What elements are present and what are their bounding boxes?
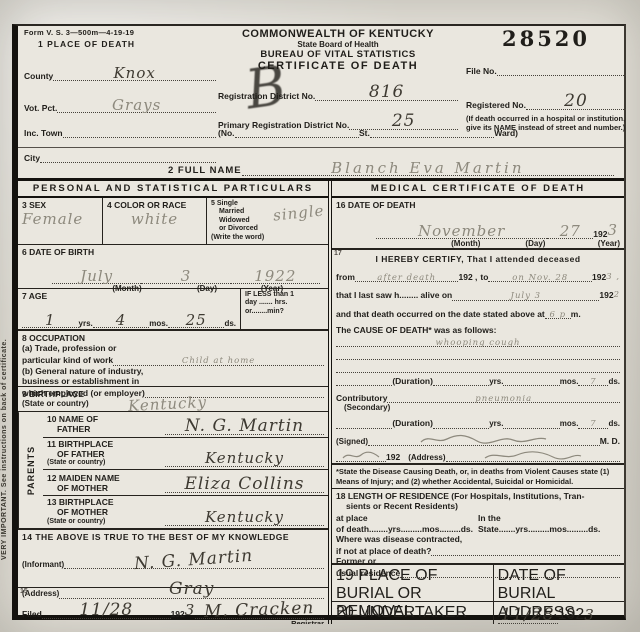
certify-hour-line: 6 p: [545, 307, 571, 319]
contrib-duration-ds-line: 7: [578, 416, 608, 428]
residence-contracted-1: Where was disease contracted,: [336, 534, 620, 544]
contrib-duration-ds-caption: ds.: [608, 419, 620, 429]
registrar-signature-line: M. Cracken: [195, 598, 324, 619]
contrib-duration-caption: (Duration): [392, 418, 433, 428]
age-months-line: 4: [93, 309, 150, 328]
dod-month-line: November: [376, 220, 547, 239]
dob-day-handwritten: 3: [181, 267, 192, 285]
place-of-death-block: Form V. S. 3—500m—4-19-19 1 PLACE OF DEA…: [24, 28, 216, 163]
certify-death-hour-label: and that death occurred on the date stat…: [336, 309, 545, 319]
marital-cell: 5 Single Married Widowed or Divorced (Wr…: [206, 198, 328, 244]
inc-town-row: Inc. Town: [24, 126, 216, 138]
mother-bp-line: Kentucky: [165, 506, 324, 526]
certify-to-handwritten: on Nov. 28: [512, 273, 568, 283]
mother-bp-handwritten: Kentucky: [205, 508, 284, 526]
dod-year-printed: 192: [593, 229, 607, 239]
dod-month-caption: (Month): [426, 239, 506, 249]
certify-to-line: on Nov. 28: [488, 270, 592, 282]
marital-line-4: or Divorced: [219, 225, 324, 233]
county-label: County: [24, 71, 53, 81]
burial-row: 19 PLACE OF BURIAL OR REMOVAL DATE OF BU…: [332, 565, 624, 602]
age-months-handwritten: 4: [116, 311, 127, 329]
sex-cell: 3 SEX Female: [18, 198, 102, 244]
residence-in-the-label: In the: [478, 513, 620, 523]
cause-duration-ds-caption: ds.: [608, 377, 620, 387]
cause-line-1: whooping cough: [336, 335, 620, 347]
dob-month-handwritten: July: [80, 267, 113, 285]
county-line: Knox: [53, 62, 216, 81]
age-years-handwritten: 1: [45, 311, 56, 329]
parents-section: PARENTS 10 NAME OF FATHER N. G. Martin 1…: [18, 412, 328, 530]
informant-caption: (Informant): [22, 560, 64, 570]
signed-address-caption: (Address): [408, 453, 445, 463]
cause-duration-yrs-caption: yrs.: [489, 377, 503, 387]
mother-name-line: Eliza Collins: [165, 472, 324, 493]
signed-address-line: [446, 449, 620, 462]
dod-day-handwritten: 27: [560, 222, 581, 240]
signed-date-address-row: 192 (Address): [332, 448, 624, 465]
father-birthplace-row: 11 BIRTHPLACE OF FATHER (State or countr…: [43, 438, 328, 471]
race-label: 4 COLOR OR RACE: [107, 200, 202, 210]
cause-line-2: [336, 348, 620, 360]
registration-district-handwritten: 816: [369, 82, 404, 102]
occupation-b-line-1: (b) General nature of industry,: [22, 366, 324, 376]
filed-year-printed: 192: [171, 609, 185, 619]
dob-day-line: 3: [141, 265, 230, 284]
occupation-label: 8 OCCUPATION: [22, 333, 324, 343]
registrar-caption: Registrar: [22, 619, 324, 624]
residence-title-2: sients or Recent Residents): [346, 501, 620, 511]
cause-handwritten: whooping cough: [435, 338, 520, 348]
mother-birthplace-row: 13 BIRTHPLACE OF MOTHER (State or countr…: [43, 496, 328, 528]
full-name-line: Blanch Eva Martin: [242, 157, 614, 176]
registered-no-label: Registered No.: [466, 100, 526, 110]
father-name-handwritten: N. G. Martin: [185, 416, 304, 436]
informant-section: 14 THE ABOVE IS TRUE TO THE BEST OF MY K…: [18, 530, 328, 588]
vot-pct-handwritten: Grays: [112, 96, 161, 114]
occupation-a-handwritten: Child at home: [182, 356, 255, 366]
informant-line: N. G. Martin: [64, 548, 324, 569]
violent-death-footnote: *State the Disease Causing Death, or, in…: [332, 465, 624, 489]
contributory-handwritten: pneumonia: [475, 394, 532, 404]
full-name-row: 2 FULL NAME Blanch Eva Martin: [168, 152, 614, 176]
dod-year-caption: (Year): [565, 239, 620, 249]
medical-column: MEDICAL CERTIFICATE OF DEATH 16 DATE OF …: [332, 181, 624, 624]
marital-line-5: (Write the word): [211, 234, 324, 242]
residence-contracted-line: [431, 544, 620, 556]
county-handwritten: Knox: [113, 64, 155, 82]
death-certificate-form: Form V. S. 3—500m—4-19-19 1 PLACE OF DEA…: [12, 24, 626, 620]
certify-hour-handwritten: 6 p: [549, 310, 566, 320]
sex-race-marital-row: 3 SEX Female 4 COLOR OR RACE white 5 Sin…: [18, 198, 328, 245]
dob-year-handwritten: 1922: [254, 267, 296, 285]
occupation-row: 8 OCCUPATION (a) Trade, profession or pa…: [18, 331, 328, 387]
certificate-serial-number: 28520: [466, 26, 626, 51]
if-less-line-3: or........min?: [245, 308, 324, 316]
signed-md-label: M. D.: [600, 436, 620, 446]
date-of-death-row: 16 DATE OF DEATH November 27 1923 (Month…: [332, 198, 624, 250]
certify-from-label: from: [336, 272, 355, 282]
form-number: Form V. S. 3—500m—4-19-19: [24, 28, 216, 37]
form-header: Form V. S. 3—500m—4-19-19 1 PLACE OF DEA…: [18, 26, 624, 148]
form-body: PERSONAL AND STATISTICAL PARTICULARS 3 S…: [18, 178, 624, 624]
dod-month-handwritten: November: [418, 222, 505, 240]
race-cell: 4 COLOR OR RACE white: [102, 198, 206, 244]
signed-date-line: [336, 449, 386, 462]
inc-town-line: [63, 126, 216, 138]
signed-date-scrawl: [341, 449, 381, 461]
father-bp-label-3: (State or country): [47, 459, 165, 467]
physician-signature-scrawl: [419, 432, 549, 445]
dob-label: 6 DATE OF BIRTH: [22, 247, 324, 257]
cause-duration-mos-caption: mos.: [560, 377, 579, 387]
mother-name-handwritten: Eliza Collins: [184, 474, 304, 494]
street-no-label: (No.: [218, 128, 235, 138]
street-no-line: [235, 126, 359, 138]
street-st-label: St.: [359, 128, 370, 138]
certify-year2-printed: 192: [592, 272, 606, 282]
signed-year-printed: 192: [386, 452, 400, 462]
residence-contracted-2: if not at place of death?: [336, 546, 431, 556]
if-less-line-2: day ....... hrs.: [245, 299, 324, 307]
contributory-duration-row: (Duration) yrs. mos. 7 ds.: [332, 416, 624, 431]
hospital-note: (If death occurred in a hospital or inst…: [466, 114, 626, 132]
residence-section: 18 LENGTH OF RESIDENCE (For Hospitals, I…: [332, 489, 624, 565]
birthplace-handwritten: Kentucky: [128, 393, 208, 415]
mother-name-row: 12 MAIDEN NAME OF MOTHER Eliza Collins: [43, 470, 328, 496]
vot-pct-line: Grays: [57, 94, 216, 113]
age-row: 7 AGE 1 yrs. 4 mos. 25 ds. IF LESS than …: [18, 289, 328, 331]
if-less-line-1: IF LESS than 1: [245, 291, 324, 299]
informant-handwritten: N. G. Martin: [134, 546, 254, 575]
occupation-a-line-1: (a) Trade, profession or: [22, 343, 116, 353]
dod-day-line: 27: [547, 220, 593, 239]
registration-district-line: 816: [315, 80, 458, 101]
cause-duration-row: (Duration) yrs. mos. 7 ds.: [332, 374, 624, 389]
contrib-duration-ds-handwritten: 7: [590, 419, 596, 429]
burial-place-cell: 19 PLACE OF BURIAL OR REMOVAL: [332, 565, 493, 601]
filed-year-handwritten: 3: [185, 601, 196, 619]
certify-from-line: after death: [355, 270, 459, 282]
parents-vertical-label: PARENTS: [18, 412, 43, 528]
contrib-duration-mos-caption: mos.: [560, 419, 579, 429]
dob-month-line: July: [52, 265, 141, 284]
board-of-health: State Board of Health: [218, 40, 458, 49]
occupation-a-line-2: particular kind of work: [22, 355, 113, 365]
residence-of-death-line: of death........yrs.........mos.........…: [336, 524, 478, 534]
birthplace-row: 9 BIRTHPLACE (State or country) Kentucky: [18, 387, 328, 412]
contrib-duration-mos-line: [503, 417, 559, 429]
father-bp-handwritten: Kentucky: [205, 449, 284, 467]
registered-no-line: 20: [526, 89, 626, 110]
residence-at-place-label: at place: [336, 513, 478, 523]
residence-state-line: State.......yrs.........mos.........ds.: [478, 524, 620, 534]
certify-saw-handwritten: July 3: [511, 291, 542, 301]
margin-note: VERY IMPORTANT. See instructions on back…: [1, 160, 8, 560]
occupation-a-line: Child at home: [113, 353, 324, 365]
filed-label: Filed: [22, 609, 42, 619]
contributory-subcaption: (Secondary): [344, 403, 620, 413]
signed-row: (Signed) M. D.: [332, 431, 624, 448]
commonwealth-title: COMMONWEALTH OF KENTUCKY: [218, 28, 458, 40]
if-less-cell: IF LESS than 1 day ....... hrs. or......…: [240, 289, 328, 329]
age-years-line: 1: [22, 309, 79, 328]
undertaker-label: 20 UNDERTAKER: [336, 604, 467, 621]
inc-town-label: Inc. Town: [24, 128, 63, 138]
personal-title: PERSONAL AND STATISTICAL PARTICULARS: [18, 181, 328, 198]
vot-pct-label: Vot. Pct.: [24, 103, 57, 113]
certify-year3-printed: 192: [599, 290, 613, 300]
cause-duration-yrs-line: [433, 374, 489, 386]
certify-m-label: m.: [571, 309, 581, 319]
cause-duration-mos-line: [503, 374, 559, 386]
mother-bp-label-2: OF MOTHER: [57, 508, 165, 518]
contributory-line: pneumonia: [387, 391, 620, 403]
signed-address-scrawl: [483, 449, 583, 461]
cause-line-3: [336, 361, 620, 373]
registered-no-handwritten: 20: [564, 91, 588, 111]
contrib-duration-yrs-caption: yrs.: [489, 419, 503, 429]
father-name-label-2: FATHER: [57, 425, 165, 435]
certify-from-handwritten: after death: [377, 273, 436, 283]
contrib-duration-lead-line: [336, 417, 392, 429]
cause-lines-block: whooping cough: [332, 334, 624, 374]
date-of-birth-row: 6 DATE OF BIRTH July 3 1922 (Month) (Day…: [18, 245, 328, 289]
occupation-b-line-2: business or establishment in: [22, 376, 324, 386]
undertaker-address-cell: ADDRESS: [493, 602, 624, 624]
mother-name-label-2: OF MOTHER: [57, 484, 165, 494]
affirmation-label: 14 THE ABOVE IS TRUE TO THE BEST OF MY K…: [22, 532, 324, 542]
filed-date-line: 11/28: [42, 598, 171, 619]
burial-date-label: DATE OF BURIAL: [498, 567, 620, 603]
file-number-block: 28520 File No. Registered No. 20 (If dea…: [466, 26, 626, 132]
personal-column: PERSONAL AND STATISTICAL PARTICULARS 3 S…: [18, 181, 332, 624]
certify-saw-line: July 3: [452, 288, 599, 300]
certification-section: 17 I HEREBY CERTIFY, That I attended dec…: [332, 250, 624, 334]
filed-item-number: 15: [20, 588, 28, 596]
certify-year1-printed: 192 ,: [458, 272, 477, 282]
age-days-caption: ds.: [224, 319, 236, 329]
city-label: City: [24, 153, 40, 163]
full-name-label: 2 FULL NAME: [168, 165, 242, 176]
certify-item-number: 17: [334, 250, 342, 258]
sex-handwritten: Female: [22, 210, 98, 228]
vot-pct-row: Vot. Pct. Grays: [24, 94, 216, 113]
burial-date-cell: DATE OF BURIAL 11/28 1923: [493, 565, 624, 601]
signed-caption: (Signed): [336, 437, 368, 447]
medical-title: MEDICAL CERTIFICATE OF DEATH: [332, 181, 624, 198]
undertaker-address-label: ADDRESS: [498, 604, 575, 621]
certify-line-1: I HEREBY CERTIFY, That I attended deceas…: [336, 254, 620, 264]
sex-label: 3 SEX: [22, 200, 98, 210]
age-label: 7 AGE: [22, 291, 236, 301]
father-bp-line: Kentucky: [165, 447, 324, 467]
registered-no-row: Registered No. 20: [466, 89, 626, 110]
father-name-row: 10 NAME OF FATHER N. G. Martin: [43, 412, 328, 438]
father-name-line: N. G. Martin: [165, 414, 324, 435]
file-no-row: File No.: [466, 64, 626, 76]
age-days-line: 25: [168, 309, 225, 328]
dob-year-line: 1922: [231, 265, 320, 284]
father-bp-label-2: OF FATHER: [57, 450, 165, 460]
residence-title-1: 18 LENGTH OF RESIDENCE (For Hospitals, I…: [336, 491, 620, 501]
age-months-caption: mos.: [149, 319, 168, 329]
contributory-label: Contributory: [336, 393, 387, 403]
registrar-signature-handwritten: M. Cracken: [204, 598, 315, 622]
cause-duration-lead-line: [336, 374, 392, 386]
certify-saw-label: that I last saw h........ alive on: [336, 290, 452, 300]
cause-duration-ds-line: 7: [578, 374, 608, 386]
state-header-block: COMMONWEALTH OF KENTUCKY State Board of …: [218, 28, 458, 130]
age-cell: 7 AGE 1 yrs. 4 mos. 25 ds.: [18, 289, 240, 329]
contrib-duration-yrs-line: [433, 417, 489, 429]
contributory-row: Contributory pneumonia (Secondary): [332, 389, 624, 417]
undertaker-cell: 20 UNDERTAKER: [332, 602, 493, 624]
scanned-paper: VERY IMPORTANT. See instructions on back…: [0, 0, 640, 632]
filed-row: 15 Filed 11/28 1923 M. Cracken Registrar: [18, 588, 328, 624]
dod-year-handwritten: 3: [607, 221, 618, 239]
age-days-handwritten: 25: [186, 311, 207, 329]
cause-duration-caption: (Duration): [392, 376, 433, 386]
certify-to-label: to: [480, 272, 488, 282]
mother-bp-label-3: (State or country): [47, 518, 165, 526]
certify-year2-handwritten: 3 ,: [606, 272, 620, 282]
certify-year3-handwritten: 2: [614, 290, 620, 300]
file-no-label: File No.: [466, 66, 497, 76]
filed-date-handwritten: 11/28: [79, 600, 133, 620]
full-name-handwritten: Blanch Eva Martin: [331, 159, 524, 177]
file-no-line: [497, 64, 626, 76]
race-handwritten: white: [107, 210, 202, 228]
cause-duration-ds-handwritten: 7: [590, 377, 596, 387]
county-row: County Knox: [24, 62, 216, 81]
age-years-caption: yrs.: [79, 319, 93, 329]
dod-label: 16 DATE OF DEATH: [336, 200, 620, 210]
section-1-title: 1 PLACE OF DEATH: [38, 39, 216, 49]
ink-stamp-mark: B: [242, 53, 291, 121]
signed-line: [368, 432, 600, 446]
undertaker-row: 20 UNDERTAKER ADDRESS: [332, 602, 624, 624]
dod-day-caption: (Day): [506, 239, 566, 249]
